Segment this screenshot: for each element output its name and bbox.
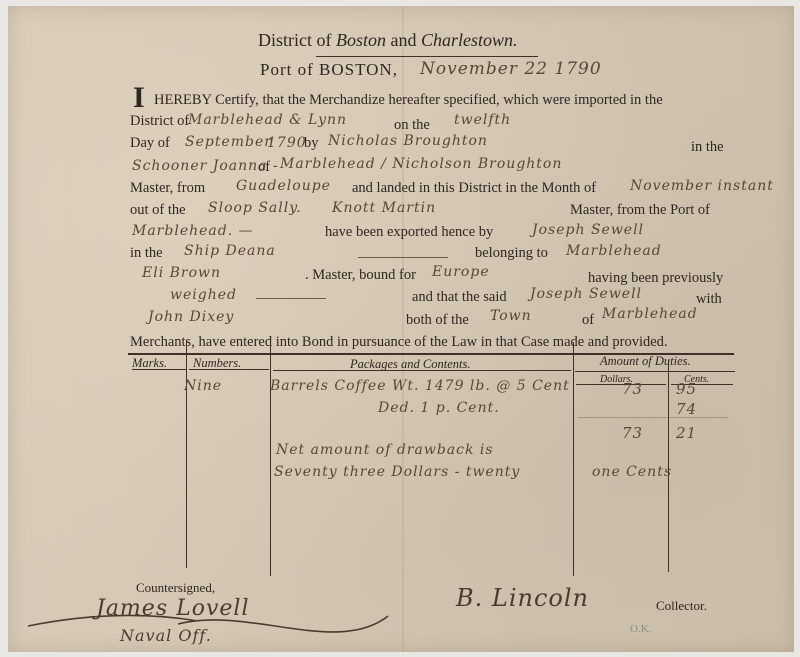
col-divider-1 (186, 340, 187, 568)
label-in-the-ship: in the (130, 245, 163, 262)
ship-home-port: Marblehead (566, 243, 662, 259)
header-underline-dollars (576, 384, 666, 385)
label-exported-by: have been exported hence by (325, 224, 493, 241)
district-prefix: District of (258, 30, 332, 50)
bondsmen-town: Marblehead (602, 306, 698, 322)
label-of: of (258, 159, 270, 176)
blank-rule (358, 257, 448, 258)
collector-signature: B. Lincoln (456, 584, 589, 612)
header-underline-packages (273, 370, 571, 371)
import-vessel-master: Marblehead / Nicholson Broughton (280, 156, 562, 172)
district-place-charlestown: Charlestown. (421, 30, 518, 50)
label-by: by (304, 135, 319, 152)
bondsmen-town-type: Town (490, 308, 532, 324)
port-line: Port of BOSTON, (260, 60, 398, 80)
label-and-that-the-said: and that the said (412, 289, 507, 306)
row-amount-words: one Cents (592, 464, 672, 480)
label-in-the: in the (691, 139, 724, 156)
origin-port: Guadeloupe (236, 178, 331, 194)
landed-month: November instant (630, 178, 774, 194)
import-day: twelfth (454, 112, 511, 128)
row-dollars: 73 (622, 424, 643, 442)
collector-label: Collector. (656, 598, 707, 614)
row-packages: Barrels Coffee Wt. 1479 lb. @ 5 Cent (270, 378, 570, 394)
dropcap: I (133, 86, 145, 110)
label-of-2: of (582, 312, 594, 329)
import-district: Marblehead & Lynn (188, 112, 347, 128)
port-label: Port of BOSTON, (260, 60, 398, 79)
header-underline-numbers (189, 369, 269, 370)
row-cents: 21 (676, 424, 697, 442)
import-month: September (185, 134, 272, 150)
sloop-name: Sloop Sally. (208, 200, 302, 216)
label-master-from-port: Master, from the Port of (570, 202, 710, 219)
label-master-from: Master, from (130, 180, 205, 197)
label-belonging-to: belonging to (475, 245, 548, 262)
import-year: 1790 (267, 135, 307, 151)
row-packages: Net amount of drawback is (276, 442, 494, 458)
export-ship: Ship Deana (184, 243, 276, 259)
label-on-the: on the (394, 117, 430, 134)
label-landed: and landed in this District in the Month… (352, 180, 596, 197)
importer-name: Nicholas Broughton (328, 133, 488, 149)
blank-rule-2 (256, 298, 326, 299)
label-day-of: Day of (130, 135, 170, 152)
sloop-port: Marblehead. — (132, 223, 254, 239)
row-packages: Ded. 1 p. Cent. (378, 400, 500, 416)
label-both-of-the: both of the (406, 312, 469, 329)
subtotal-rule (578, 417, 728, 418)
bondsman-1: Joseph Sewell (530, 286, 642, 302)
bondsman-2: John Dixey (148, 309, 234, 325)
label-bound-for: . Master, bound for (305, 267, 416, 284)
certify-closing-line: Merchants, have entered into Bond in pur… (130, 334, 668, 351)
previously-status: weighed (170, 287, 237, 303)
import-vessel: Schooner Joanna - (132, 158, 279, 174)
label-with: with (696, 291, 722, 308)
row-cents: 95 (676, 380, 697, 398)
sloop-master: Knott Martin (332, 200, 436, 216)
heading-rule (316, 56, 538, 57)
label-previously: having been previously (588, 270, 723, 287)
label-out-of-the: out of the (130, 202, 186, 219)
destination: Europe (432, 264, 490, 280)
col-divider-3 (573, 342, 574, 576)
certificate-date: November 22 1790 (420, 59, 602, 79)
district-heading: District of Boston and Charlestown. (258, 30, 518, 51)
pencil-note: O.K. (630, 623, 651, 635)
row-cents: 74 (676, 400, 697, 418)
district-conj: and (391, 30, 417, 50)
signature-flourish (18, 596, 398, 646)
document-page: District of Boston and Charlestown. Port… (8, 6, 794, 652)
label-district-of: District of (130, 113, 189, 130)
row-numbers: Nine (184, 378, 222, 394)
row-packages: Seventy three Dollars - twenty (274, 464, 520, 480)
col-header-duties: Amount of Duties. (600, 354, 691, 369)
certify-line-1: HEREBY Certify, that the Merchandize her… (154, 92, 663, 109)
exporter-name: Joseph Sewell (532, 222, 644, 238)
countersigned-label: Countersigned, (136, 580, 215, 596)
header-underline-marks (132, 369, 186, 370)
row-dollars: 73 (622, 380, 643, 398)
export-master: Eli Brown (142, 265, 221, 281)
duties-subrule (575, 371, 735, 372)
district-place-boston: Boston (336, 30, 386, 50)
